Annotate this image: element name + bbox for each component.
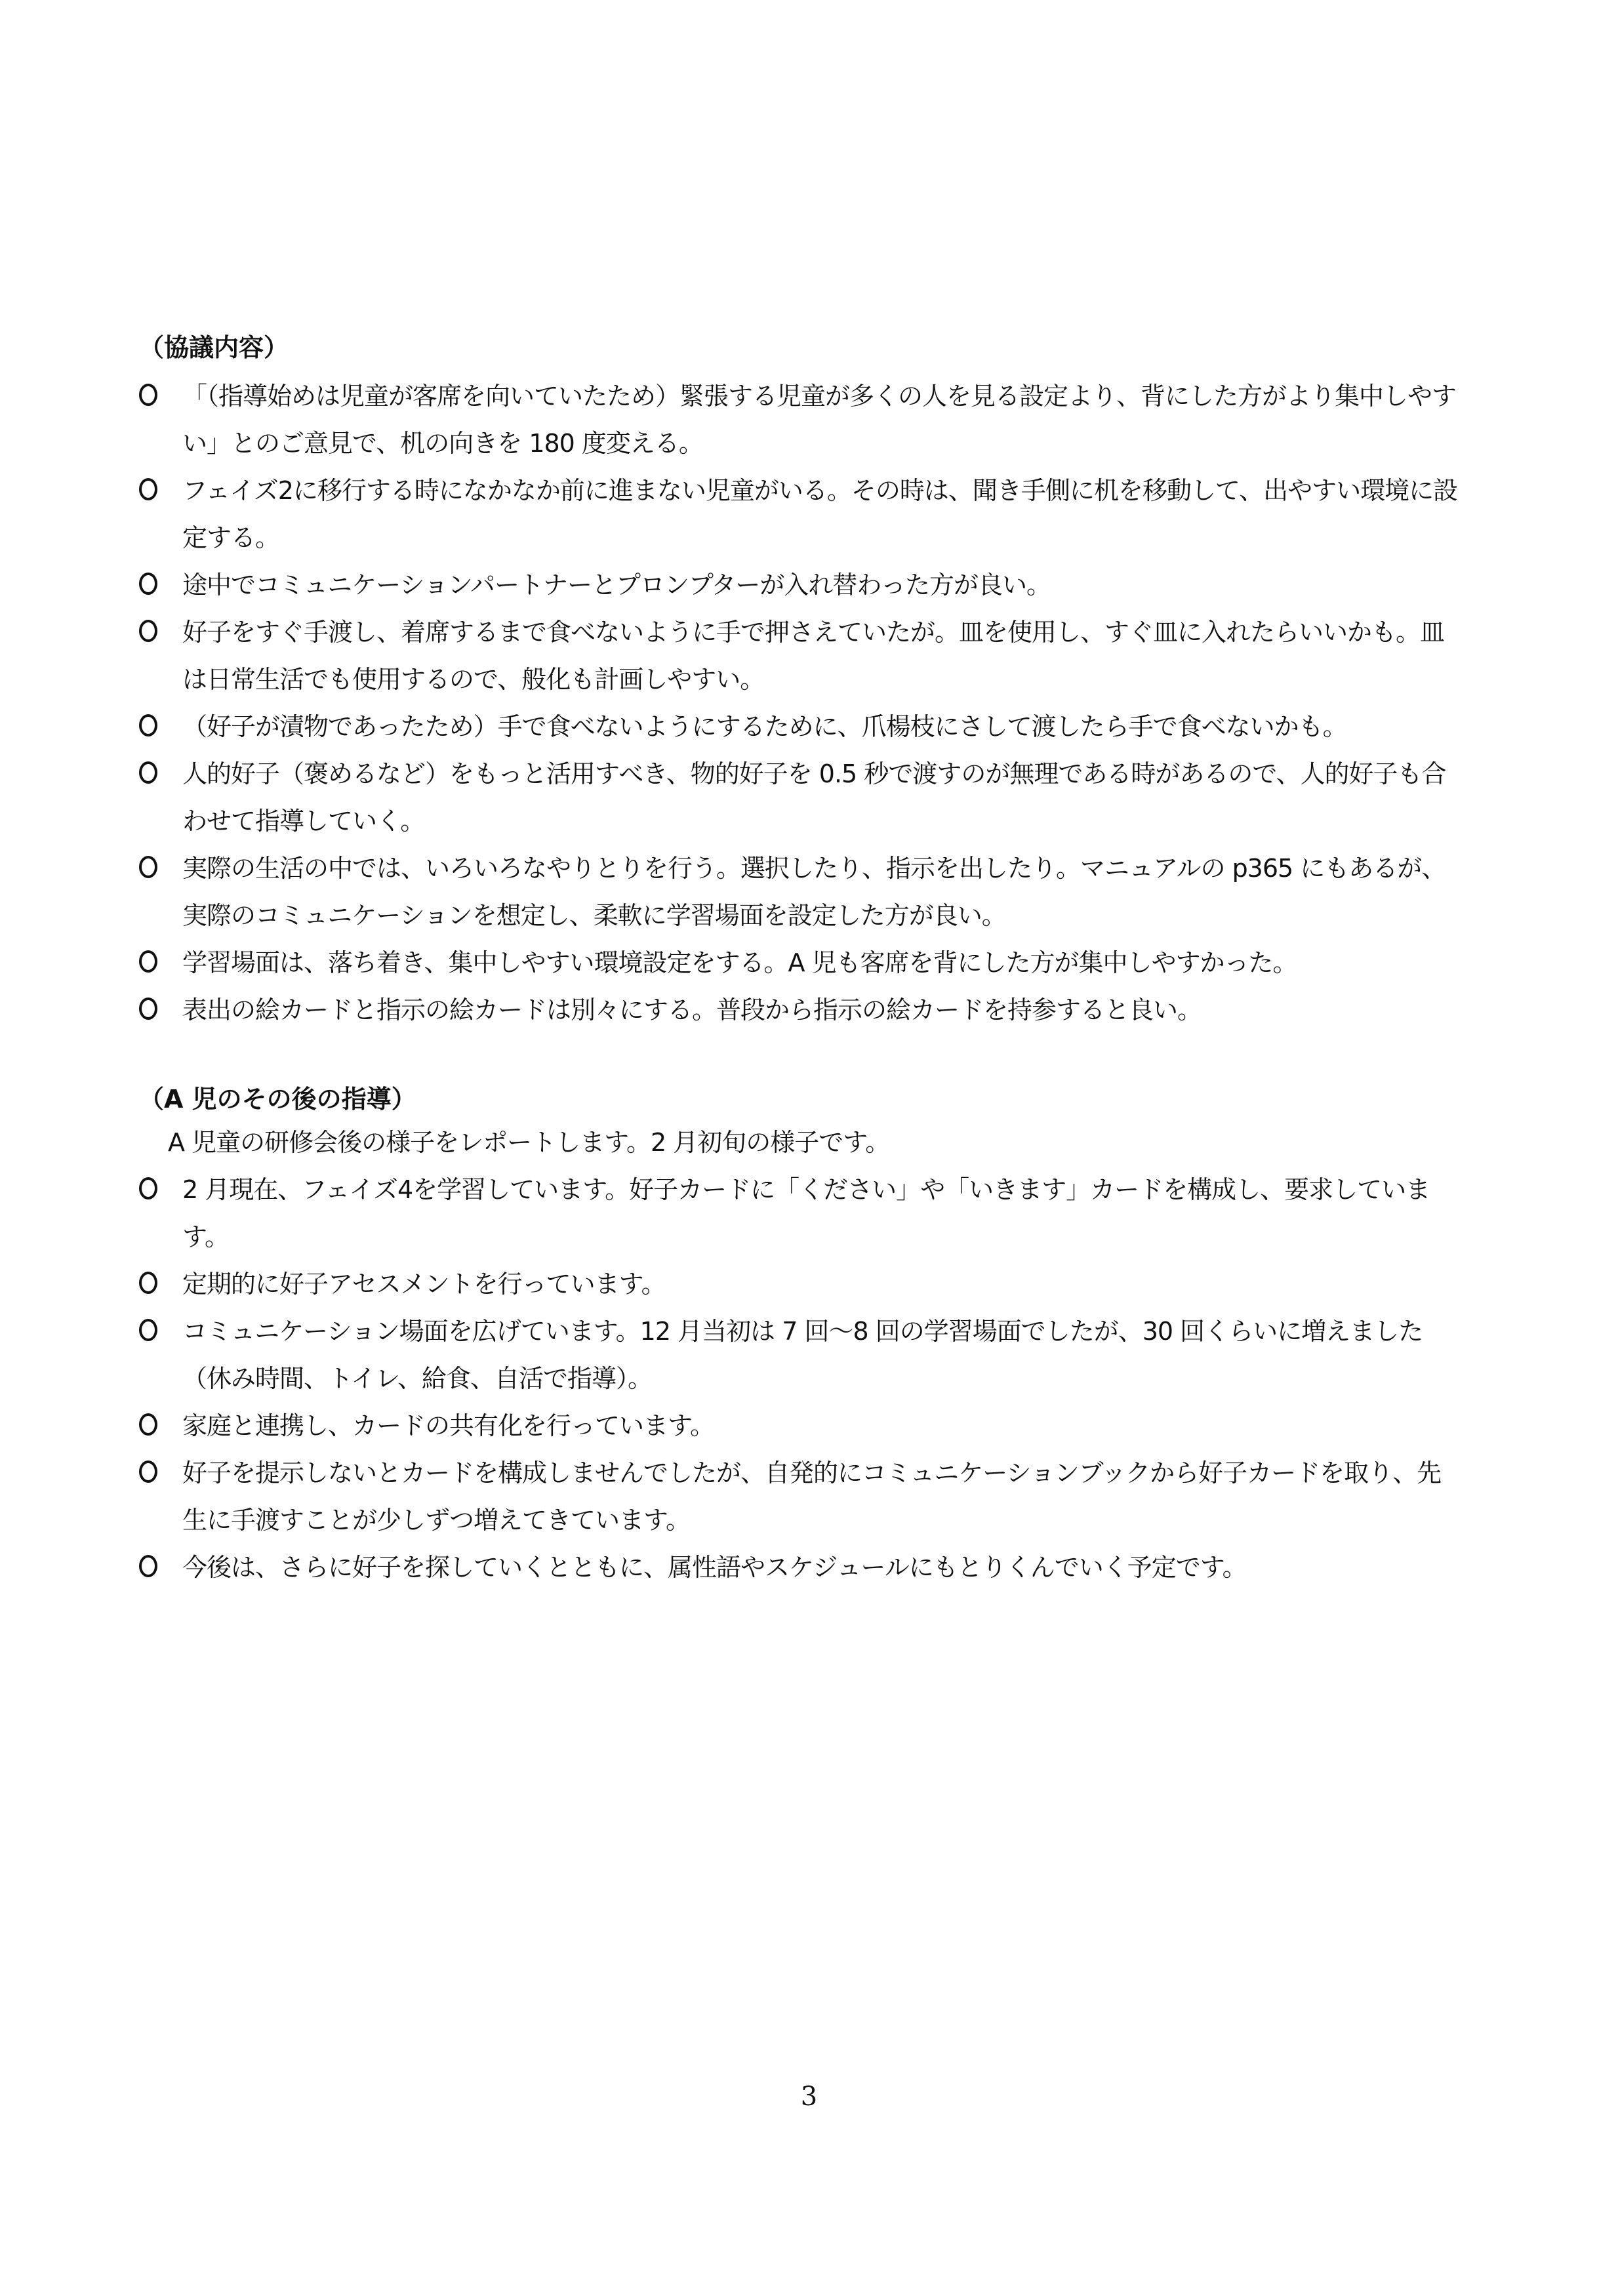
list-item: 学習場面は、落ち着き、集中しやすい環境設定をする。A 児も客席を背にした方が集中… xyxy=(139,939,1464,986)
list-item: （好子が漬物であったため）手で食べないようにするために、爪楊枝にさして渡したら手… xyxy=(139,703,1464,750)
spacer xyxy=(139,367,1464,373)
white-circle-icon xyxy=(139,761,157,784)
list-item-text: 学習場面は、落ち着き、集中しやすい環境設定をする。A 児も客席を背にした方が集中… xyxy=(182,948,1297,977)
list-item-text: 表出の絵カードと指示の絵カードは別々にする。普段から指示の絵カードを持参すると良… xyxy=(182,996,1202,1024)
list-item: 実際の生活の中では、いろいろなやりとりを行う。選択したり、指示を出したり。マニュ… xyxy=(139,845,1464,939)
page-number: 3 xyxy=(0,2080,1618,2113)
list-item: 家庭と連携し、カードの共有化を行っています。 xyxy=(139,1402,1464,1449)
list-item-text: 今後は、さらに好子を探していくとともに、属性語やスケジュールにもとりくんでいく予… xyxy=(182,1553,1247,1582)
list-item-text: コミュニケーション場面を広げています。12 月当初は 7 回～8 回の学習場面で… xyxy=(182,1317,1423,1393)
list-item-text: 途中でコミュニケーションパートナーとプロンプターが入れ替わった方が良い。 xyxy=(182,571,1051,599)
list-item: 定期的に好子アセスメントを行っています。 xyxy=(139,1260,1464,1308)
list-item-text: 人的好子（褒めるなど）をもっと活用すべき、物的好子を 0.5 秒で渡すのが無理で… xyxy=(182,759,1446,836)
list-item: 好子をすぐ手渡し、着席するまで食べないように手で押さえていたが。皿を使用し、すぐ… xyxy=(139,609,1464,703)
white-circle-icon xyxy=(139,573,157,595)
list-item-text: 好子をすぐ手渡し、着席するまで食べないように手で押さえていたが。皿を使用し、すぐ… xyxy=(182,618,1444,694)
list-item-text: 実際の生活の中では、いろいろなやりとりを行う。選択したり、指示を出したり。マニュ… xyxy=(182,854,1446,930)
section-intro: A 児童の研修会後の様子をレポートします。2 月初旬の様子です。 xyxy=(139,1119,1464,1166)
list-item: 人的好子（褒めるなど）をもっと活用すべき、物的好子を 0.5 秒で渡すのが無理で… xyxy=(139,750,1464,845)
list-item-text: 2 月現在、フェイズ4を学習しています。好子カードに「ください」や「いきます」カ… xyxy=(182,1175,1430,1251)
list-item-text: 好子を提示しないとカードを構成しませんでしたが、自発的にコミュニケーションブック… xyxy=(182,1459,1441,1535)
section-heading-follow-up: （A 児のその後の指導） xyxy=(139,1079,1464,1119)
white-circle-icon xyxy=(139,1319,157,1341)
list-item: 途中でコミュニケーションパートナーとプロンプターが入れ替わった方が良い。 xyxy=(139,561,1464,609)
white-circle-icon xyxy=(139,997,157,1020)
discussion-list: 「（指導始めは児童が客席を向いていたため）緊張する児童が多くの人を見る設定より、… xyxy=(139,373,1464,1034)
white-circle-icon xyxy=(139,1272,157,1294)
list-item: 2 月現在、フェイズ4を学習しています。好子カードに「ください」や「いきます」カ… xyxy=(139,1166,1464,1260)
list-item: 「（指導始めは児童が客席を向いていたため）緊張する児童が多くの人を見る設定より、… xyxy=(139,373,1464,467)
list-item: 表出の絵カードと指示の絵カードは別々にする。普段から指示の絵カードを持参すると良… xyxy=(139,986,1464,1034)
list-item: フェイズ2に移行する時になかなか前に進まない児童がいる。その時は、聞き手側に机を… xyxy=(139,467,1464,561)
white-circle-icon xyxy=(139,620,157,642)
document-body: （協議内容） 「（指導始めは児童が客席を向いていたため）緊張する児童が多くの人を… xyxy=(139,328,1464,1591)
list-item-text: フェイズ2に移行する時になかなか前に進まない児童がいる。その時は、聞き手側に机を… xyxy=(182,476,1457,552)
section-heading-discussion: （協議内容） xyxy=(139,328,1464,367)
list-item-text: 定期的に好子アセスメントを行っています。 xyxy=(182,1270,666,1299)
white-circle-icon xyxy=(139,1555,157,1577)
white-circle-icon xyxy=(139,384,157,406)
list-item-text: （好子が漬物であったため）手で食べないようにするために、爪楊枝にさして渡したら手… xyxy=(182,712,1347,741)
white-circle-icon xyxy=(139,714,157,736)
spacer xyxy=(139,1034,1464,1079)
list-item: 好子を提示しないとカードを構成しませんでしたが、自発的にコミュニケーションブック… xyxy=(139,1449,1464,1544)
list-item: 今後は、さらに好子を探していくとともに、属性語やスケジュールにもとりくんでいく予… xyxy=(139,1544,1464,1591)
list-item-text: 家庭と連携し、カードの共有化を行っています。 xyxy=(182,1411,714,1440)
white-circle-icon xyxy=(139,1460,157,1483)
white-circle-icon xyxy=(139,856,157,878)
white-circle-icon xyxy=(139,1177,157,1199)
list-item-text: 「（指導始めは児童が客席を向いていたため）緊張する児童が多くの人を見る設定より、… xyxy=(182,382,1456,458)
list-item: コミュニケーション場面を広げています。12 月当初は 7 回～8 回の学習場面で… xyxy=(139,1308,1464,1402)
follow-up-list: 2 月現在、フェイズ4を学習しています。好子カードに「ください」や「いきます」カ… xyxy=(139,1166,1464,1591)
white-circle-icon xyxy=(139,950,157,973)
white-circle-icon xyxy=(139,1413,157,1436)
white-circle-icon xyxy=(139,478,157,500)
